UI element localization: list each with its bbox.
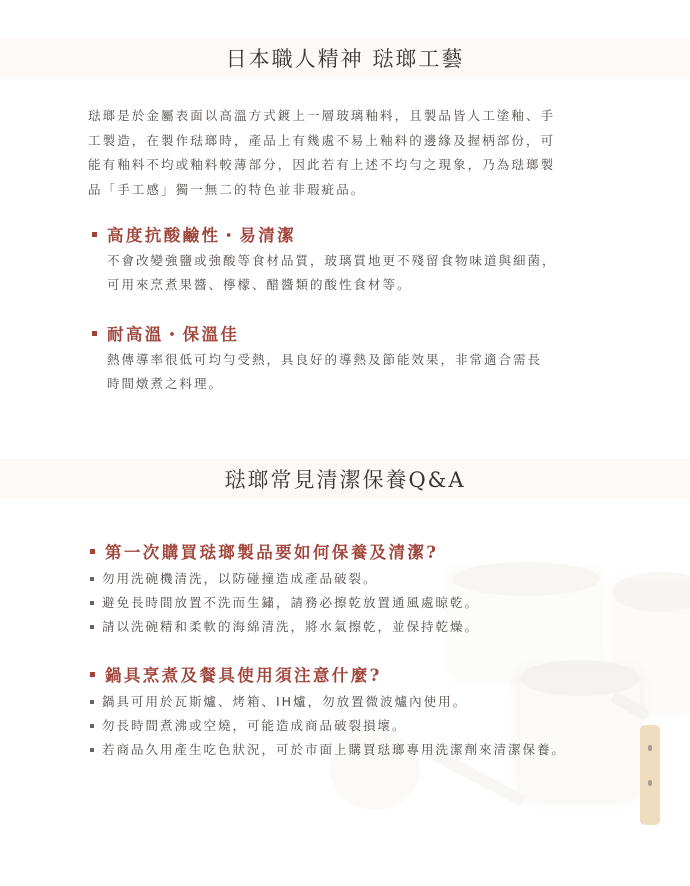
bullet-icon <box>90 601 94 605</box>
intro-line: 品「手工感」獨一無二的特色並非瑕疵品。 <box>88 178 608 203</box>
qa-question: 第一次購買琺瑯製品要如何保養及清潔? <box>105 539 438 563</box>
feature-line: 不會改變強鹽或強酸等食材品質，玻璃質地更不殘留食物味道與細菌， <box>107 249 612 273</box>
qa-answer-text: 鍋具可用於瓦斯爐、烤箱、IH爐，勿放置微波爐內使用。 <box>102 690 467 714</box>
qa-answer-text: 請以洗碗精和柔軟的海綿清洗，將水氣擦乾，並保持乾燥。 <box>102 615 479 639</box>
feature-line: 熱傳導率很低可均勻受熱，具良好的導熱及節能效果，非常適合需長 <box>107 348 612 372</box>
section-title-craft: 日本職人精神 琺瑯工藝 <box>226 43 465 73</box>
qa-answer-item: 請以洗碗精和柔軟的海綿清洗，將水氣擦乾，並保持乾燥。 <box>90 615 650 639</box>
square-bullet-icon <box>90 672 95 677</box>
handle-rivet <box>648 780 652 786</box>
qa-answer-text: 勿用洗碗機清洗，以防碰撞造成產品破裂。 <box>102 567 378 591</box>
feature-title: 高度抗酸鹼性・易清潔 <box>107 222 296 246</box>
feature-heat-resistance: 耐高溫・保溫佳 熱傳導率很低可均勻受熱，具良好的導熱及節能效果，非常適合需長 時… <box>92 321 612 396</box>
section-title-qa: 琺瑯常見清潔保養Q&A <box>224 464 465 494</box>
bullet-icon <box>90 577 94 581</box>
qa-answer-text: 勿長時間煮沸或空燒，可能造成商品破裂損壞。 <box>102 714 407 738</box>
intro-line: 工製造，在製作琺瑯時，產品上有幾處不易上釉料的邊緣及握柄部份，可 <box>88 129 608 154</box>
bullet-icon <box>90 625 94 629</box>
square-bullet-icon <box>90 549 95 554</box>
qa-heading: 鍋具烹煮及餐具使用須注意什麼? <box>90 662 650 686</box>
bullet-icon <box>90 700 94 704</box>
qa-answer-text: 若商品久用產生吃色狀況，可於市面上購買琺瑯專用洗潔劑來清潔保養。 <box>102 738 566 762</box>
feature-heading: 耐高溫・保溫佳 <box>92 321 612 345</box>
qa-answer-item: 若商品久用產生吃色狀況，可於市面上購買琺瑯專用洗潔劑來清潔保養。 <box>90 738 650 762</box>
feature-title: 耐高溫・保溫佳 <box>107 321 239 345</box>
feature-line: 可用來烹煮果醬、檸檬、醋醬類的酸性食材等。 <box>107 273 612 297</box>
qa-answer-item: 鍋具可用於瓦斯爐、烤箱、IH爐，勿放置微波爐內使用。 <box>90 690 650 714</box>
feature-description: 熱傳導率很低可均勻受熱，具良好的導熱及節能效果，非常適合需長 時間燉煮之料理。 <box>107 348 612 396</box>
bullet-icon <box>90 748 94 752</box>
qa-answer-item: 勿用洗碗機清洗，以防碰撞造成產品破裂。 <box>90 567 650 591</box>
feature-heading: 高度抗酸鹼性・易清潔 <box>92 222 612 246</box>
qa-first-purchase-care: 第一次購買琺瑯製品要如何保養及清潔? 勿用洗碗機清洗，以防碰撞造成產品破裂。 避… <box>90 539 650 639</box>
square-bullet-icon <box>92 232 97 237</box>
qa-heading: 第一次購買琺瑯製品要如何保養及清潔? <box>90 539 650 563</box>
bullet-icon <box>90 724 94 728</box>
section-header-craft: 日本職人精神 琺瑯工藝 <box>0 38 690 78</box>
qa-answer-text: 避免長時間放置不洗而生鏽，請務必擦乾放置通風處晾乾。 <box>102 591 479 615</box>
square-bullet-icon <box>92 331 97 336</box>
qa-answer-item: 避免長時間放置不洗而生鏽，請務必擦乾放置通風處晾乾。 <box>90 591 650 615</box>
section-header-qa: 琺瑯常見清潔保養Q&A <box>0 459 690 499</box>
feature-description: 不會改變強鹽或強酸等食材品質，玻璃質地更不殘留食物味道與細菌， 可用來烹煮果醬、… <box>107 249 612 297</box>
intro-line: 琺瑯是於金屬表面以高溫方式鍍上一層玻璃釉料，且製品皆人工塗釉、手 <box>88 104 608 129</box>
qa-cookware-usage: 鍋具烹煮及餐具使用須注意什麼? 鍋具可用於瓦斯爐、烤箱、IH爐，勿放置微波爐內使… <box>90 662 650 762</box>
feature-acid-resistance: 高度抗酸鹼性・易清潔 不會改變強鹽或強酸等食材品質，玻璃質地更不殘留食物味道與細… <box>92 222 612 297</box>
intro-line: 能有釉料不均或釉料較薄部分，因此若有上述不均勻之現象，乃為琺瑯製 <box>88 153 608 178</box>
qa-answer-item: 勿長時間煮沸或空燒，可能造成商品破裂損壞。 <box>90 714 650 738</box>
intro-paragraph: 琺瑯是於金屬表面以高溫方式鍍上一層玻璃釉料，且製品皆人工塗釉、手 工製造，在製作… <box>88 104 608 202</box>
feature-line: 時間燉煮之料理。 <box>107 372 612 396</box>
qa-question: 鍋具烹煮及餐具使用須注意什麼? <box>105 662 382 686</box>
